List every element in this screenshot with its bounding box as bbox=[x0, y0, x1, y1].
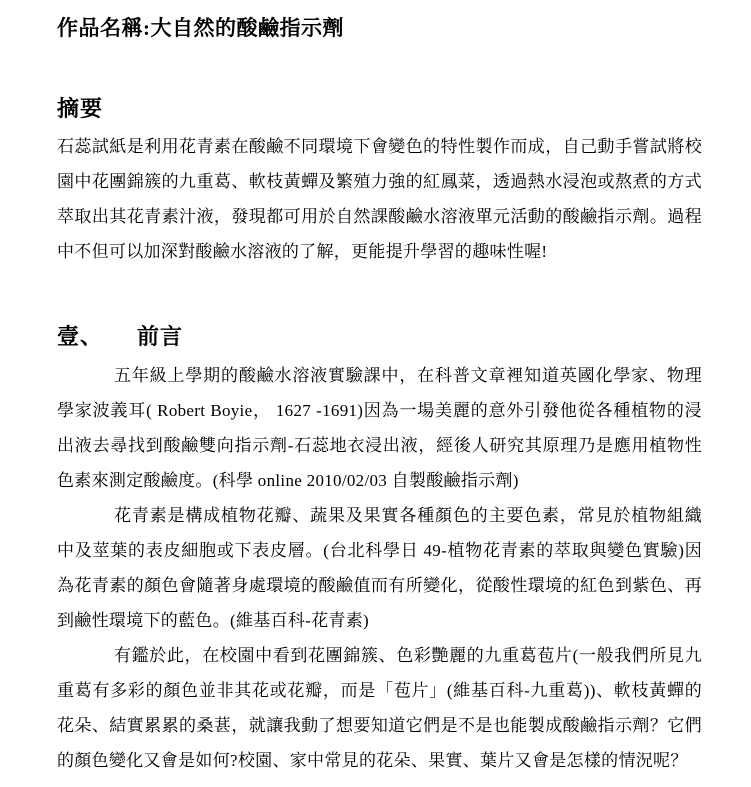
intro-paragraph-2: 花青素是構成植物花瓣、蔬果及果實各種顏色的主要色素，常見於植物組織中及莖葉的表皮… bbox=[57, 498, 702, 638]
intro-section-heading: 壹、前言 bbox=[57, 322, 702, 351]
section-number: 壹、 bbox=[57, 322, 103, 351]
intro-paragraph-1: 五年級上學期的酸鹼水溶液實驗課中，在科普文章裡知道英國化學家、物理學家波義耳( … bbox=[57, 358, 702, 498]
intro-paragraph-3: 有鑑於此，在校園中看到花團錦簇、色彩艷麗的九重葛苞片(一般我們所見九重葛有多彩的… bbox=[57, 638, 702, 778]
document-title: 作品名稱:大自然的酸鹼指示劑 bbox=[57, 14, 702, 42]
abstract-paragraph: 石蕊試紙是利用花青素在酸鹼不同環境下會變色的特性製作而成，自己動手嘗試將校園中花… bbox=[57, 129, 702, 269]
abstract-heading: 摘要 bbox=[57, 94, 702, 123]
document-page: 作品名稱:大自然的酸鹼指示劑 摘要 石蕊試紙是利用花青素在酸鹼不同環境下會變色的… bbox=[0, 0, 751, 787]
section-title: 前言 bbox=[137, 324, 183, 349]
